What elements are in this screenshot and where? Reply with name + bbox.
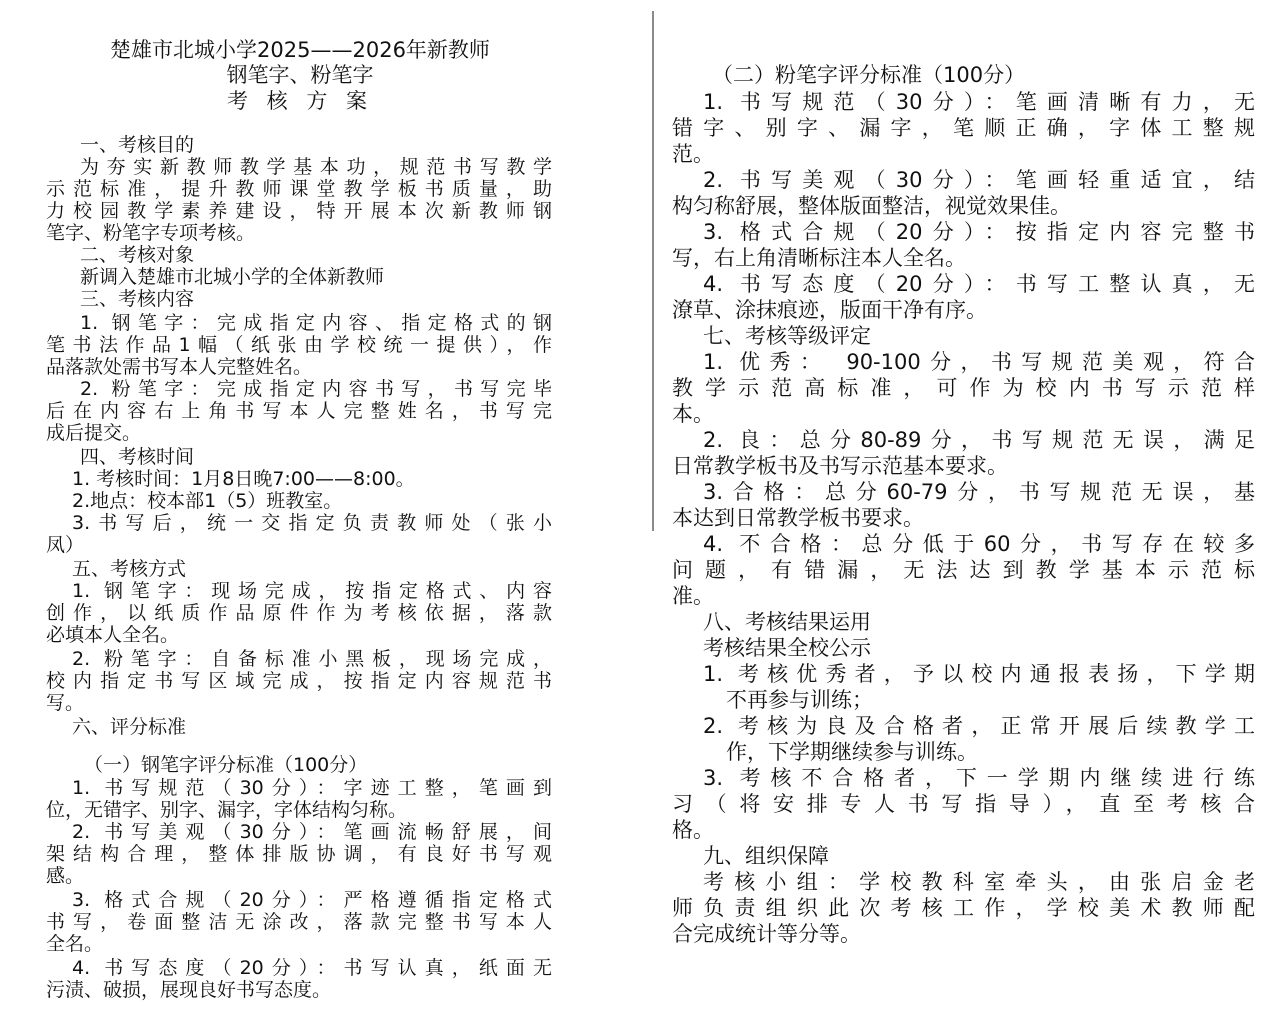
text-line: 4. 书写态度（20分）：书写认真，纸面无 bbox=[72, 957, 552, 981]
text-line: 品落款处需书写本人完整姓名。 bbox=[46, 356, 312, 378]
text-line: 写，右上角清晰标注本人全名。 bbox=[672, 247, 966, 269]
text-line: 后在内容右上角书写本人完整姓名，书写完 bbox=[46, 400, 552, 424]
text-line: 凤） bbox=[46, 534, 84, 556]
text-line: 作，下学期继续参与训练。 bbox=[726, 741, 978, 763]
text-line: 为夯实新教师教学基本功，规范书写教学 bbox=[80, 156, 552, 180]
text-line: 2. 良：总分80-89分，书写规范无误，满足 bbox=[703, 429, 1255, 453]
text-line: 八、考核结果运用 bbox=[703, 611, 871, 633]
text-line: 九、组织保障 bbox=[703, 845, 829, 867]
text-line: （一）钢笔字评分标准（100分） bbox=[84, 754, 367, 776]
text-line: 3.书写后，统一交指定负责教师处（张小 bbox=[72, 512, 552, 536]
text-line: 2. 书写美观（30分）：笔画流畅舒展，间 bbox=[72, 821, 552, 845]
text-line: 本。 bbox=[672, 403, 714, 425]
text-line: 架结构合理，整体排版协调，有良好书写观 bbox=[46, 843, 552, 867]
text-line: 考核结果全校公示 bbox=[703, 637, 871, 659]
text-line: 师负责组织此次考核工作，学校美术教师配 bbox=[672, 897, 1255, 921]
text-line: 2. 考核为良及合格者，正常开展后续教学工 bbox=[703, 715, 1255, 739]
text-line: 错字、别字、漏字，笔顺正确，字体工整规 bbox=[672, 117, 1255, 141]
text-line: 三、考核内容 bbox=[80, 288, 194, 310]
text-line: 新调入楚雄市北城小学的全体新教师 bbox=[80, 266, 384, 288]
text-line: 范。 bbox=[672, 143, 714, 165]
text-line: 校内指定书写区域完成，按指定内容规范书 bbox=[46, 670, 552, 694]
document-heading: 考 核 方 案 bbox=[46, 89, 554, 113]
text-line: 3. 考核不合格者，下一学期内继续进行练 bbox=[703, 767, 1255, 791]
text-line: 力校园教学素养建设，特开展本次新教师钢 bbox=[46, 200, 552, 224]
text-line: 准。 bbox=[672, 585, 714, 607]
text-line: 日常教学板书及书写示范基本要求。 bbox=[672, 455, 1008, 477]
text-line: 六、评分标准 bbox=[72, 716, 186, 738]
text-line: 必填本人全名。 bbox=[46, 624, 179, 646]
text-line: 问题，有错漏，无法达到教学基本示范标 bbox=[672, 559, 1255, 583]
text-line: 成后提交。 bbox=[46, 422, 141, 444]
text-line: 2. 粉笔字：完成指定内容书写，书写完毕 bbox=[80, 378, 552, 402]
text-line: 笔书法作品1幅（纸张由学校统一提供），作 bbox=[46, 334, 552, 358]
text-line: 1. 书写规范（30分）：笔画清晰有力，无 bbox=[703, 91, 1255, 115]
text-line: 1. 考核时间：1月8日晚7:00——8:00。 bbox=[72, 468, 415, 490]
text-line: 位，无错字、别字、漏字，字体结构匀称。 bbox=[46, 799, 407, 821]
text-line: 笔字、粉笔字专项考核。 bbox=[46, 222, 255, 244]
text-line: 习（将安排专人书写指导），直至考核合 bbox=[672, 793, 1255, 817]
text-line: 二、考核对象 bbox=[80, 244, 194, 266]
text-line: 不再参与训练； bbox=[726, 689, 873, 711]
text-line: （二）粉笔字评分标准（100分） bbox=[712, 64, 1025, 86]
text-line: 示范标准，提升教师课堂教学板书质量，助 bbox=[46, 178, 552, 202]
text-line: 1. 钢笔字：完成指定内容、指定格式的钢 bbox=[80, 312, 552, 336]
document-title: 楚雄市北城小学2025——2026年新教师 bbox=[46, 38, 554, 62]
text-line: 1. 钢笔字：现场完成，按指定格式、内容 bbox=[72, 580, 552, 604]
text-line: 考核小组：学校教科室牵头，由张启金老 bbox=[703, 871, 1255, 895]
text-line: 感。 bbox=[46, 865, 84, 887]
text-line: 构匀称舒展，整体版面整洁，视觉效果佳。 bbox=[672, 195, 1071, 217]
text-line: 合完成统计等分等。 bbox=[672, 923, 861, 945]
text-line: 3.合格：总分60-79分，书写规范无误，基 bbox=[703, 481, 1255, 505]
text-line: 创作，以纸质作品原件作为考核依据，落款 bbox=[46, 602, 552, 626]
text-line: 3. 格式合规（20分）：严格遵循指定格式 bbox=[72, 889, 552, 913]
text-line: 写。 bbox=[46, 692, 84, 714]
text-line: 1. 书写规范（30分）：字迹工整，笔画到 bbox=[72, 777, 552, 801]
text-line: 3. 格式合规（20分）：按指定内容完整书 bbox=[703, 221, 1255, 245]
text-line: 四、考核时间 bbox=[80, 446, 194, 468]
text-line: 格。 bbox=[672, 819, 714, 841]
text-line: 七、考核等级评定 bbox=[703, 325, 871, 347]
text-line: 2. 粉笔字：自备标准小黑板，现场完成， bbox=[72, 648, 552, 672]
text-line: 2. 书写美观（30分）：笔画轻重适宜，结 bbox=[703, 169, 1255, 193]
text-line: 2.地点：校本部1（5）班教室。 bbox=[72, 490, 342, 512]
document-subtitle: 钢笔字、粉笔字 bbox=[46, 63, 554, 87]
text-line: 4. 书写态度（20分）：书写工整认真，无 bbox=[703, 273, 1255, 297]
text-line: 一、考核目的 bbox=[80, 134, 194, 156]
column-divider bbox=[652, 11, 654, 531]
text-line: 书写，卷面整洁无涂改，落款完整书写本人 bbox=[46, 911, 552, 935]
text-line: 污渍、破损，展现良好书写态度。 bbox=[46, 979, 331, 1001]
text-line: 1. 优秀： 90-100分，书写规范美观，符合 bbox=[703, 351, 1255, 375]
text-line: 潦草、涂抹痕迹，版面干净有序。 bbox=[672, 299, 987, 321]
text-line: 4. 不合格：总分低于60分，书写存在较多 bbox=[703, 533, 1255, 557]
text-line: 教学示范高标准，可作为校内书写示范样 bbox=[672, 377, 1255, 401]
text-line: 全名。 bbox=[46, 933, 103, 955]
text-line: 1. 考核优秀者，予以校内通报表扬，下学期 bbox=[703, 663, 1255, 687]
text-line: 本达到日常教学板书要求。 bbox=[672, 507, 924, 529]
text-line: 五、考核方式 bbox=[72, 558, 186, 580]
